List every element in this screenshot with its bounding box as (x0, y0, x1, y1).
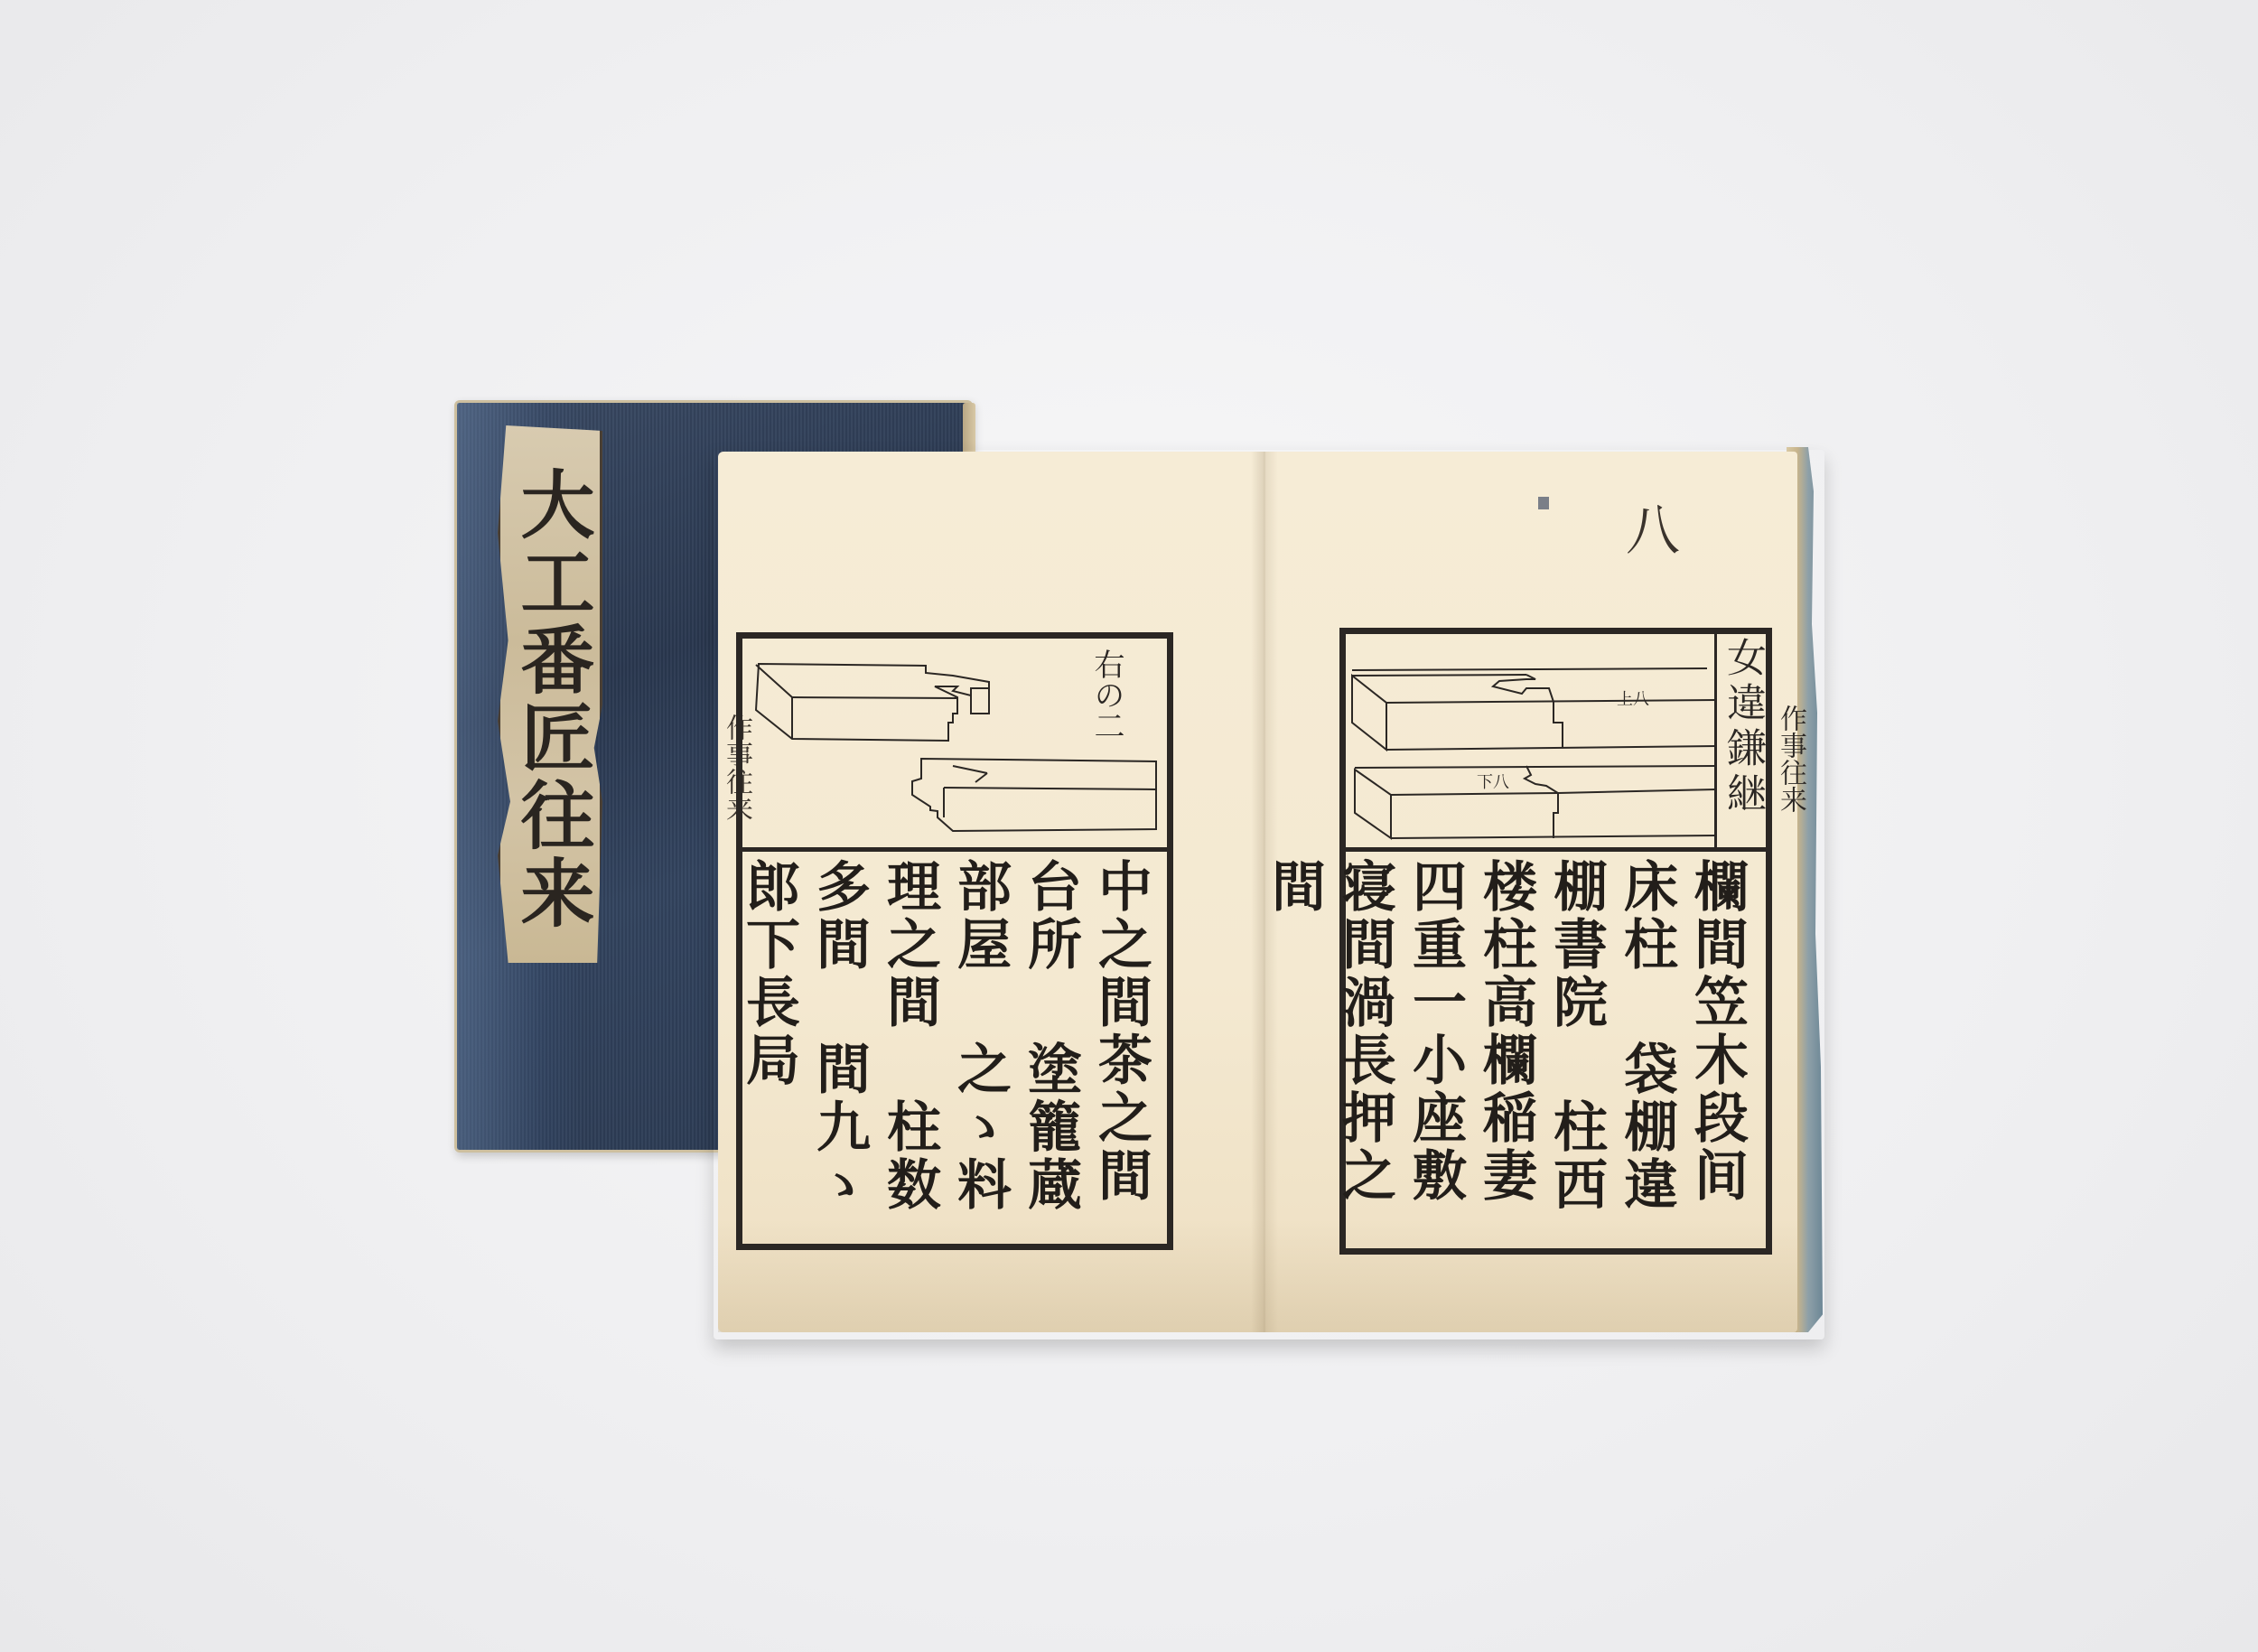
text-column: 四重一小座敷 (1404, 858, 1467, 1205)
left-figure-label: 右の二 (1088, 649, 1124, 741)
right-margin-title: 作事往来 (1775, 705, 1805, 813)
right-frame-divider (1339, 847, 1772, 852)
right-label-divider (1714, 632, 1717, 849)
ink-mark (1538, 497, 1549, 509)
diagram-label-lower: 下八 (1477, 770, 1509, 793)
right-figure-label: 女違鎌継 (1721, 637, 1764, 817)
right-page-text: 欄間笠木段间床柱 袋棚違棚書院 柱西楼柱高欄稲妻 四重一小座敷 寝間渦長押之間 (1346, 858, 1752, 1237)
left-frame-divider (736, 847, 1173, 852)
book-title: 大工番匠往来 (511, 466, 592, 932)
diagram-label-upper: 上八 (1617, 686, 1649, 710)
handwritten-page-mark: 八 (1626, 488, 1680, 565)
left-page-text: 中之間茶之間台所 塗籠蔵部屋 之ゝ料理之間 柱数多間 間九ゝ郎下長局 (741, 858, 1156, 1237)
